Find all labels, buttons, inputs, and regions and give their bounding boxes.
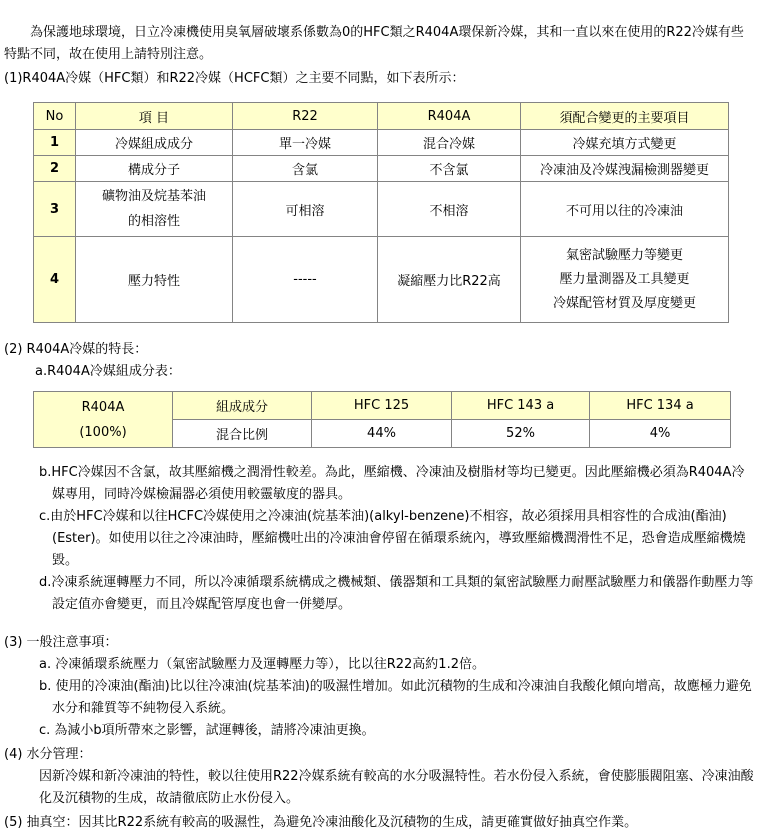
document: 為保護地球環境，日立冷凍機使用臭氧層破壞系係數為0的HFC類之R404A環保新冷… [0, 0, 763, 834]
cell-ratio-label: 混合比例 [173, 420, 312, 448]
section5-paragraph: (5) 抽真空：因其比R22系統有較高的吸濕性，為避免冷凍油酸化及沉積物的生成，… [4, 812, 758, 834]
cell-item: 冷媒組成成分 [76, 130, 233, 156]
cell-hfc143a: HFC 143 a [452, 392, 590, 420]
section2-sub-a: a.R404A冷媒組成分表： [35, 361, 758, 383]
cell-r22: 單一冷媒 [233, 130, 378, 156]
col-header-r22: R22 [233, 103, 378, 130]
cell-item: 構成分子 [76, 156, 233, 182]
row-no: 1 [34, 130, 76, 156]
section2-sub-b: b.HFC冷媒因不含氯，故其壓縮機之潤滑性較差。為此，壓縮機、冷凍油及樹脂材等均… [52, 462, 754, 506]
section2-heading: (2) R404A冷媒的特長： [4, 339, 758, 361]
cell-r22: 可相溶 [233, 182, 378, 237]
cell-hfc125: HFC 125 [312, 392, 452, 420]
section3-item-b: b. 使用的冷凍油(酯油)比以往冷凍油(烷基苯油)的吸濕性增加。如此沉積物的生成… [52, 676, 754, 720]
cell-r404a: 凝縮壓力比R22高 [378, 237, 521, 323]
cell-item: 礦物油及烷基苯油 的相溶性 [76, 182, 233, 237]
comparison-table-header-row: No 項 目 R22 R404A 須配合變更的主要項目 [34, 103, 729, 130]
col-header-changes: 須配合變更的主要項目 [521, 103, 729, 130]
intro-paragraph: 為保護地球環境，日立冷凍機使用臭氧層破壞系係數為0的HFC類之R404A環保新冷… [4, 22, 756, 66]
table-row: 3 礦物油及烷基苯油 的相溶性 可相溶 不相溶 不可用以往的冷凍油 [34, 182, 729, 237]
section2-sub-c: c.由於HFC冷媒和以往HCFC冷媒使用之冷凍油(烷基苯油)(alkyl-ben… [52, 506, 754, 572]
section3-item-a: a. 冷凍循環系統壓力（氣密試驗壓力及運轉壓力等），比以往R22高約1.2倍。 [52, 654, 754, 676]
cell-change: 冷凍油及冷媒洩漏檢測器變更 [521, 156, 729, 182]
cell-r404a: 混合冷媒 [378, 130, 521, 156]
cell-hfc134a: HFC 134 a [590, 392, 731, 420]
cell-refrigerant-label: R404A (100%) [34, 392, 173, 448]
table-row: 1 冷媒組成成分 單一冷媒 混合冷媒 冷媒充填方式變更 [34, 130, 729, 156]
table-row: 4 壓力特性 ----- 凝縮壓力比R22高 氣密試驗壓力等變更 壓力量測器及工… [34, 237, 729, 323]
cell-change: 不可用以往的冷凍油 [521, 182, 729, 237]
cell-r404a: 不相溶 [378, 182, 521, 237]
table-row: 2 構成分子 含氯 不含氯 冷凍油及冷媒洩漏檢測器變更 [34, 156, 729, 182]
section4-body: 因新冷媒和新冷凍油的特性，較以往使用R22冷媒系統有較高的水分吸濕特性。若水份侵… [39, 766, 754, 810]
section1-heading: (1)R404A冷媒（HFC類）和R22冷媒（HCFC類）之主要不同點，如下表所… [4, 68, 758, 90]
cell-change: 氣密試驗壓力等變更 壓力量測器及工具變更 冷媒配管材質及厚度變更 [521, 237, 729, 323]
cell-item: 壓力特性 [76, 237, 233, 323]
section3-heading: (3) 一般注意事項： [4, 632, 758, 654]
col-header-no: No [34, 103, 76, 130]
cell-ratio-hfc143a: 52% [452, 420, 590, 448]
cell-change: 冷媒充填方式變更 [521, 130, 729, 156]
cell-ratio-hfc134a: 4% [590, 420, 731, 448]
section3-item-c: c. 為減小b項所帶來之影響，試運轉後，請將冷凍油更換。 [52, 720, 754, 742]
cell-r22: 含氯 [233, 156, 378, 182]
row-no: 3 [34, 182, 76, 237]
cell-component-label: 組成成分 [173, 392, 312, 420]
section4-heading: (4) 水分管理： [4, 744, 758, 766]
composition-table: R404A (100%) 組成成分 HFC 125 HFC 143 a HFC … [33, 391, 731, 448]
comparison-table: No 項 目 R22 R404A 須配合變更的主要項目 1 冷媒組成成分 單一冷… [33, 102, 729, 323]
col-header-item: 項 目 [76, 103, 233, 130]
cell-r22: ----- [233, 237, 378, 323]
cell-ratio-hfc125: 44% [312, 420, 452, 448]
row-no: 2 [34, 156, 76, 182]
section2-sub-d: d.冷凍系統運轉壓力不同，所以冷凍循環系統構成之機械類、儀器類和工具類的氣密試驗… [52, 572, 754, 616]
cell-r404a: 不含氯 [378, 156, 521, 182]
col-header-r404a: R404A [378, 103, 521, 130]
table-row: R404A (100%) 組成成分 HFC 125 HFC 143 a HFC … [34, 392, 731, 420]
row-no: 4 [34, 237, 76, 323]
